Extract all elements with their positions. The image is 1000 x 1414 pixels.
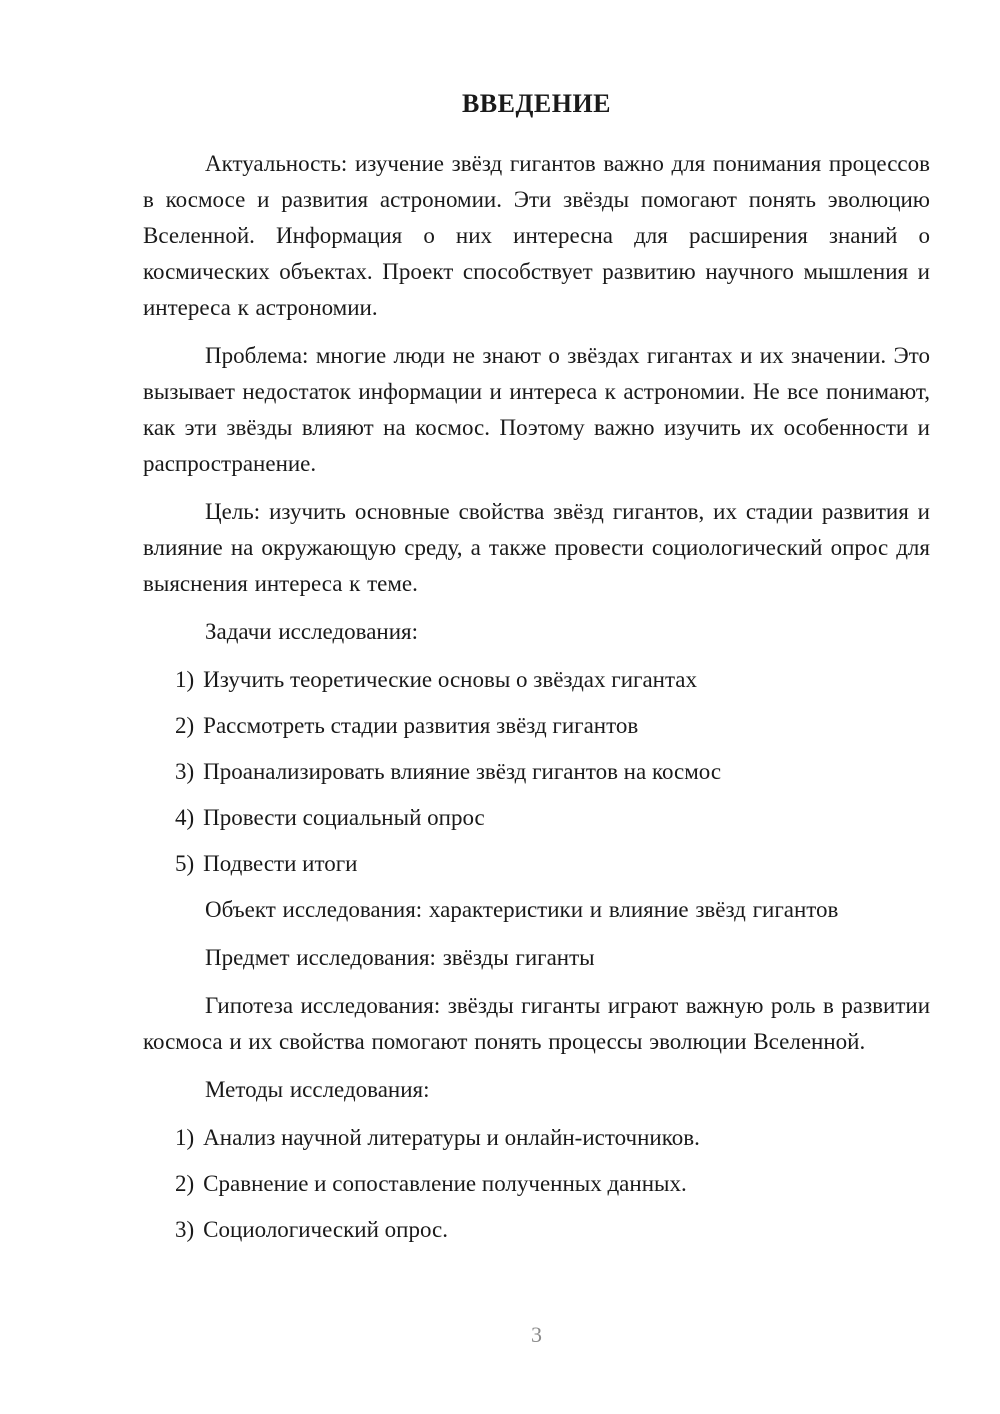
list-marker: 5)	[175, 851, 203, 876]
list-marker: 3)	[175, 759, 203, 784]
list-marker: 1)	[175, 1125, 203, 1150]
paragraph-object: Объект исследования: характеристики и вл…	[143, 892, 930, 928]
list-item-text: Проанализировать влияние звёзд гигантов …	[203, 759, 721, 784]
page-title: ВВЕДЕНИЕ	[143, 88, 930, 120]
list-marker: 2)	[175, 713, 203, 738]
list-item-text: Сравнение и сопоставление полученных дан…	[203, 1171, 687, 1196]
list-item-text: Изучить теоретические основы о звёздах г…	[203, 667, 697, 692]
page-content: ВВЕДЕНИЕ Актуальность: изучение звёзд ги…	[143, 88, 930, 1258]
list-marker: 1)	[175, 667, 203, 692]
list-item-text: Рассмотреть стадии развития звёзд гигант…	[203, 713, 638, 738]
list-item-text: Социологический опрос.	[203, 1217, 448, 1242]
methods-heading: Методы исследования:	[143, 1072, 930, 1108]
list-item-text: Подвести итоги	[203, 851, 357, 876]
list-item: 1)Анализ научной литературы и онлайн-ист…	[175, 1120, 930, 1156]
list-item: 4)Провести социальный опрос	[175, 800, 930, 836]
list-item: 2)Сравнение и сопоставление полученных д…	[175, 1166, 930, 1202]
list-item-text: Анализ научной литературы и онлайн-источ…	[203, 1125, 700, 1150]
paragraph-problem: Проблема: многие люди не знают о звёздах…	[143, 338, 930, 482]
tasks-list: 1)Изучить теоретические основы о звёздах…	[143, 662, 930, 882]
list-item: 2)Рассмотреть стадии развития звёзд гига…	[175, 708, 930, 744]
paragraph-goal: Цель: изучить основные свойства звёзд ги…	[143, 494, 930, 602]
methods-list: 1)Анализ научной литературы и онлайн-ист…	[143, 1120, 930, 1248]
paragraph-hypothesis: Гипотеза исследования: звёзды гиганты иг…	[143, 988, 930, 1060]
list-marker: 3)	[175, 1217, 203, 1242]
paragraph-subject: Предмет исследования: звёзды гиганты	[143, 940, 930, 976]
list-item: 1)Изучить теоретические основы о звёздах…	[175, 662, 930, 698]
document-page: ВВЕДЕНИЕ Актуальность: изучение звёзд ги…	[0, 0, 1000, 1414]
tasks-heading: Задачи исследования:	[143, 614, 930, 650]
list-item-text: Провести социальный опрос	[203, 805, 485, 830]
list-marker: 4)	[175, 805, 203, 830]
list-item: 3)Социологический опрос.	[175, 1212, 930, 1248]
page-number: 3	[143, 1320, 930, 1350]
list-item: 3)Проанализировать влияние звёзд гиганто…	[175, 754, 930, 790]
list-marker: 2)	[175, 1171, 203, 1196]
list-item: 5)Подвести итоги	[175, 846, 930, 882]
paragraph-relevance: Актуальность: изучение звёзд гигантов ва…	[143, 146, 930, 326]
